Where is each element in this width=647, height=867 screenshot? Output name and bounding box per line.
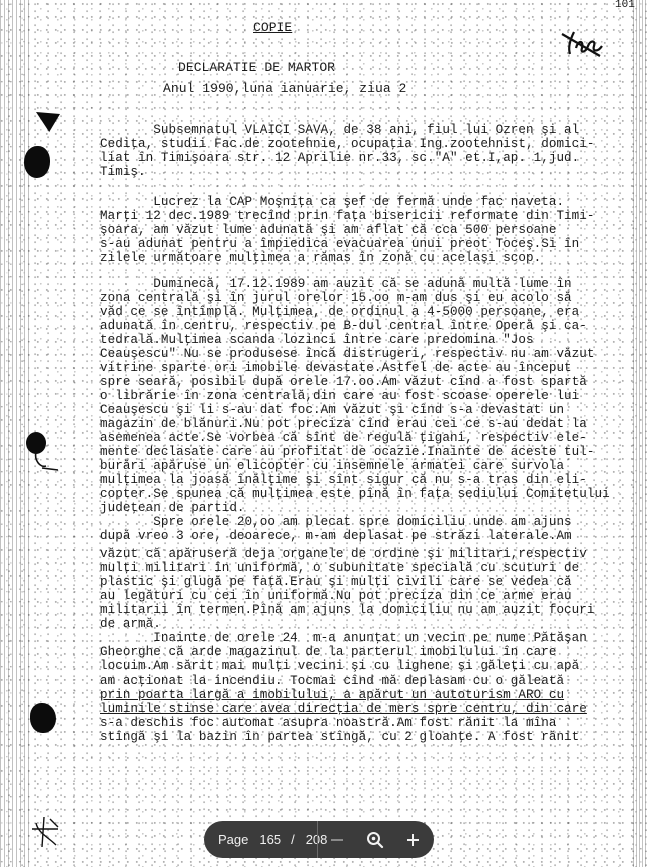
- minus-icon: [329, 832, 345, 848]
- current-page-number[interactable]: 165: [259, 832, 281, 847]
- scan-edge-right: [633, 0, 647, 867]
- handwritten-note-icon: [560, 26, 610, 58]
- scribble-mark-icon: [28, 815, 64, 849]
- statement-line: s-a deschis foc automat asupra noastră.A…: [100, 716, 556, 730]
- statement-line: burări apăruse un elicopter cu insemnele…: [100, 459, 564, 473]
- statement-line: văd ce se întîmplă. Mulţimea, de ordinul…: [100, 305, 579, 319]
- statement-line: o librărie în zona centrală,din care au …: [100, 389, 579, 403]
- zoom-out-button[interactable]: [318, 821, 356, 858]
- statement-line: luminile stinse care avea direcţia de me…: [100, 702, 587, 716]
- scribble-mark-icon: [32, 450, 62, 476]
- statement-line: liat în Timişoara str. 12 Aprilie nr.33,…: [100, 151, 579, 165]
- statement-line: Duminecă, 17.12.1989 am auzit că se adun…: [100, 277, 572, 291]
- copie-heading: COPIE: [253, 21, 292, 35]
- statement-line: zona centrală şi în jurul orelor 15.oo m…: [100, 291, 572, 305]
- statement-line: Timiş.: [100, 165, 146, 179]
- scanned-page: 101 COPIE DECLARATIE DE MARTOR Anul 1990…: [0, 0, 647, 867]
- statement-line: Spre orele 20,oo am plecat spre domicili…: [100, 515, 572, 529]
- statement-line: tedrală.Mulţimea scanda lozinci între ca…: [100, 333, 534, 347]
- ink-blot-mark: [36, 112, 60, 132]
- statement-line: judeţean de partid.: [100, 501, 245, 515]
- statement-line: mulţimea la joasă înălţime şi sînt sigur…: [100, 473, 587, 487]
- statement-line: magazin de blănuri.Nu pot preciza cînd e…: [100, 417, 587, 431]
- statement-line: au legături cu cei în uniformă.Nu pot pr…: [100, 589, 572, 603]
- statement-line: prin poarta largă a imobilului, a apărut…: [100, 688, 564, 702]
- hole-punch-mark: [24, 146, 50, 178]
- statement-line: Marţi 12 dec.1989 trecînd prin faţa bise…: [100, 209, 595, 223]
- statement-line: militarii în termen.Pînă am ajuns la dom…: [100, 603, 595, 617]
- statement-line: Lucrez la CAP Moşniţa ca şef de fermă un…: [100, 195, 564, 209]
- page-indicator: Page 165 / 208: [204, 821, 317, 858]
- statement-line: Gheorghe că arde magazinul de la parteru…: [100, 645, 556, 659]
- page-label: Page: [218, 832, 248, 847]
- page-separator: /: [291, 832, 295, 847]
- statement-line: Subsemnatul VLAICI SAVA, de 38 ani, fiul…: [100, 123, 579, 137]
- statement-line: mente declasate care au profitat de ocaz…: [100, 445, 595, 459]
- statement-line: stîngă şi la bazin în partea stîngă, cu …: [100, 730, 579, 744]
- statement-line: Ceauşescu şi li s-au dat foc.Am văzut şi…: [100, 403, 564, 417]
- statement-line: şoara, am văzut lume adunată şi am aflat…: [100, 223, 556, 237]
- statement-line: copter.Se spunea că mulţimea este pînă î…: [100, 487, 610, 501]
- plus-icon: [405, 832, 421, 848]
- page-corner-number: 101: [615, 0, 635, 12]
- statement-line: după vreo 3 ore, deoarece, m-am deplasat…: [100, 529, 572, 543]
- scan-edge-left: [0, 0, 30, 867]
- statement-line: mulţi militari în uniformă, o subunitate…: [100, 561, 579, 575]
- date-line: Anul 1990,luna ianuarie, ziua 2: [163, 82, 406, 96]
- statement-line: Inainte de orele 24 m-a anunţat un vecin…: [100, 631, 587, 645]
- statement-line: s-au adunat pentru a împiedica evacuarea…: [100, 237, 579, 251]
- hole-punch-mark: [30, 703, 56, 733]
- document-title: DECLARATIE DE MARTOR: [178, 61, 335, 75]
- magnifier-icon: [366, 831, 384, 849]
- zoom-in-button[interactable]: [394, 821, 432, 858]
- statement-line: am acţionat la incendiu. Tocmai cînd mă …: [100, 674, 564, 688]
- statement-line: locuim.Am sărit mai mulţi vecini şi cu l…: [100, 659, 579, 673]
- pdf-page-toolbar: Page 165 / 208: [204, 821, 434, 858]
- statement-line: Ceauşescu" Nu se produsese încă distruge…: [100, 347, 595, 361]
- statement-line: de armă.: [100, 617, 161, 631]
- statement-line: spre seară, posibil după orele 17.oo.Am …: [100, 375, 587, 389]
- statement-line: Cediţa, studii Fac.de zootehnie, ocupaţi…: [100, 137, 595, 151]
- statement-line: plastic şi glugă pe faţă.Erau şi mulţi c…: [100, 575, 572, 589]
- statement-line: adunată în centru, respectiv pe B-dul ce…: [100, 319, 587, 333]
- zoom-fit-button[interactable]: [356, 821, 394, 858]
- statement-line: asemenea acte.Se vorbea că sînt de regul…: [100, 431, 587, 445]
- statement-line: zilele următoare mulţimea a rămas în zon…: [100, 251, 541, 265]
- statement-line: văzut că apăruseră deja organele de ordi…: [100, 547, 587, 561]
- statement-line: vitrine sparte ori imobile devastate.Ast…: [100, 361, 572, 375]
